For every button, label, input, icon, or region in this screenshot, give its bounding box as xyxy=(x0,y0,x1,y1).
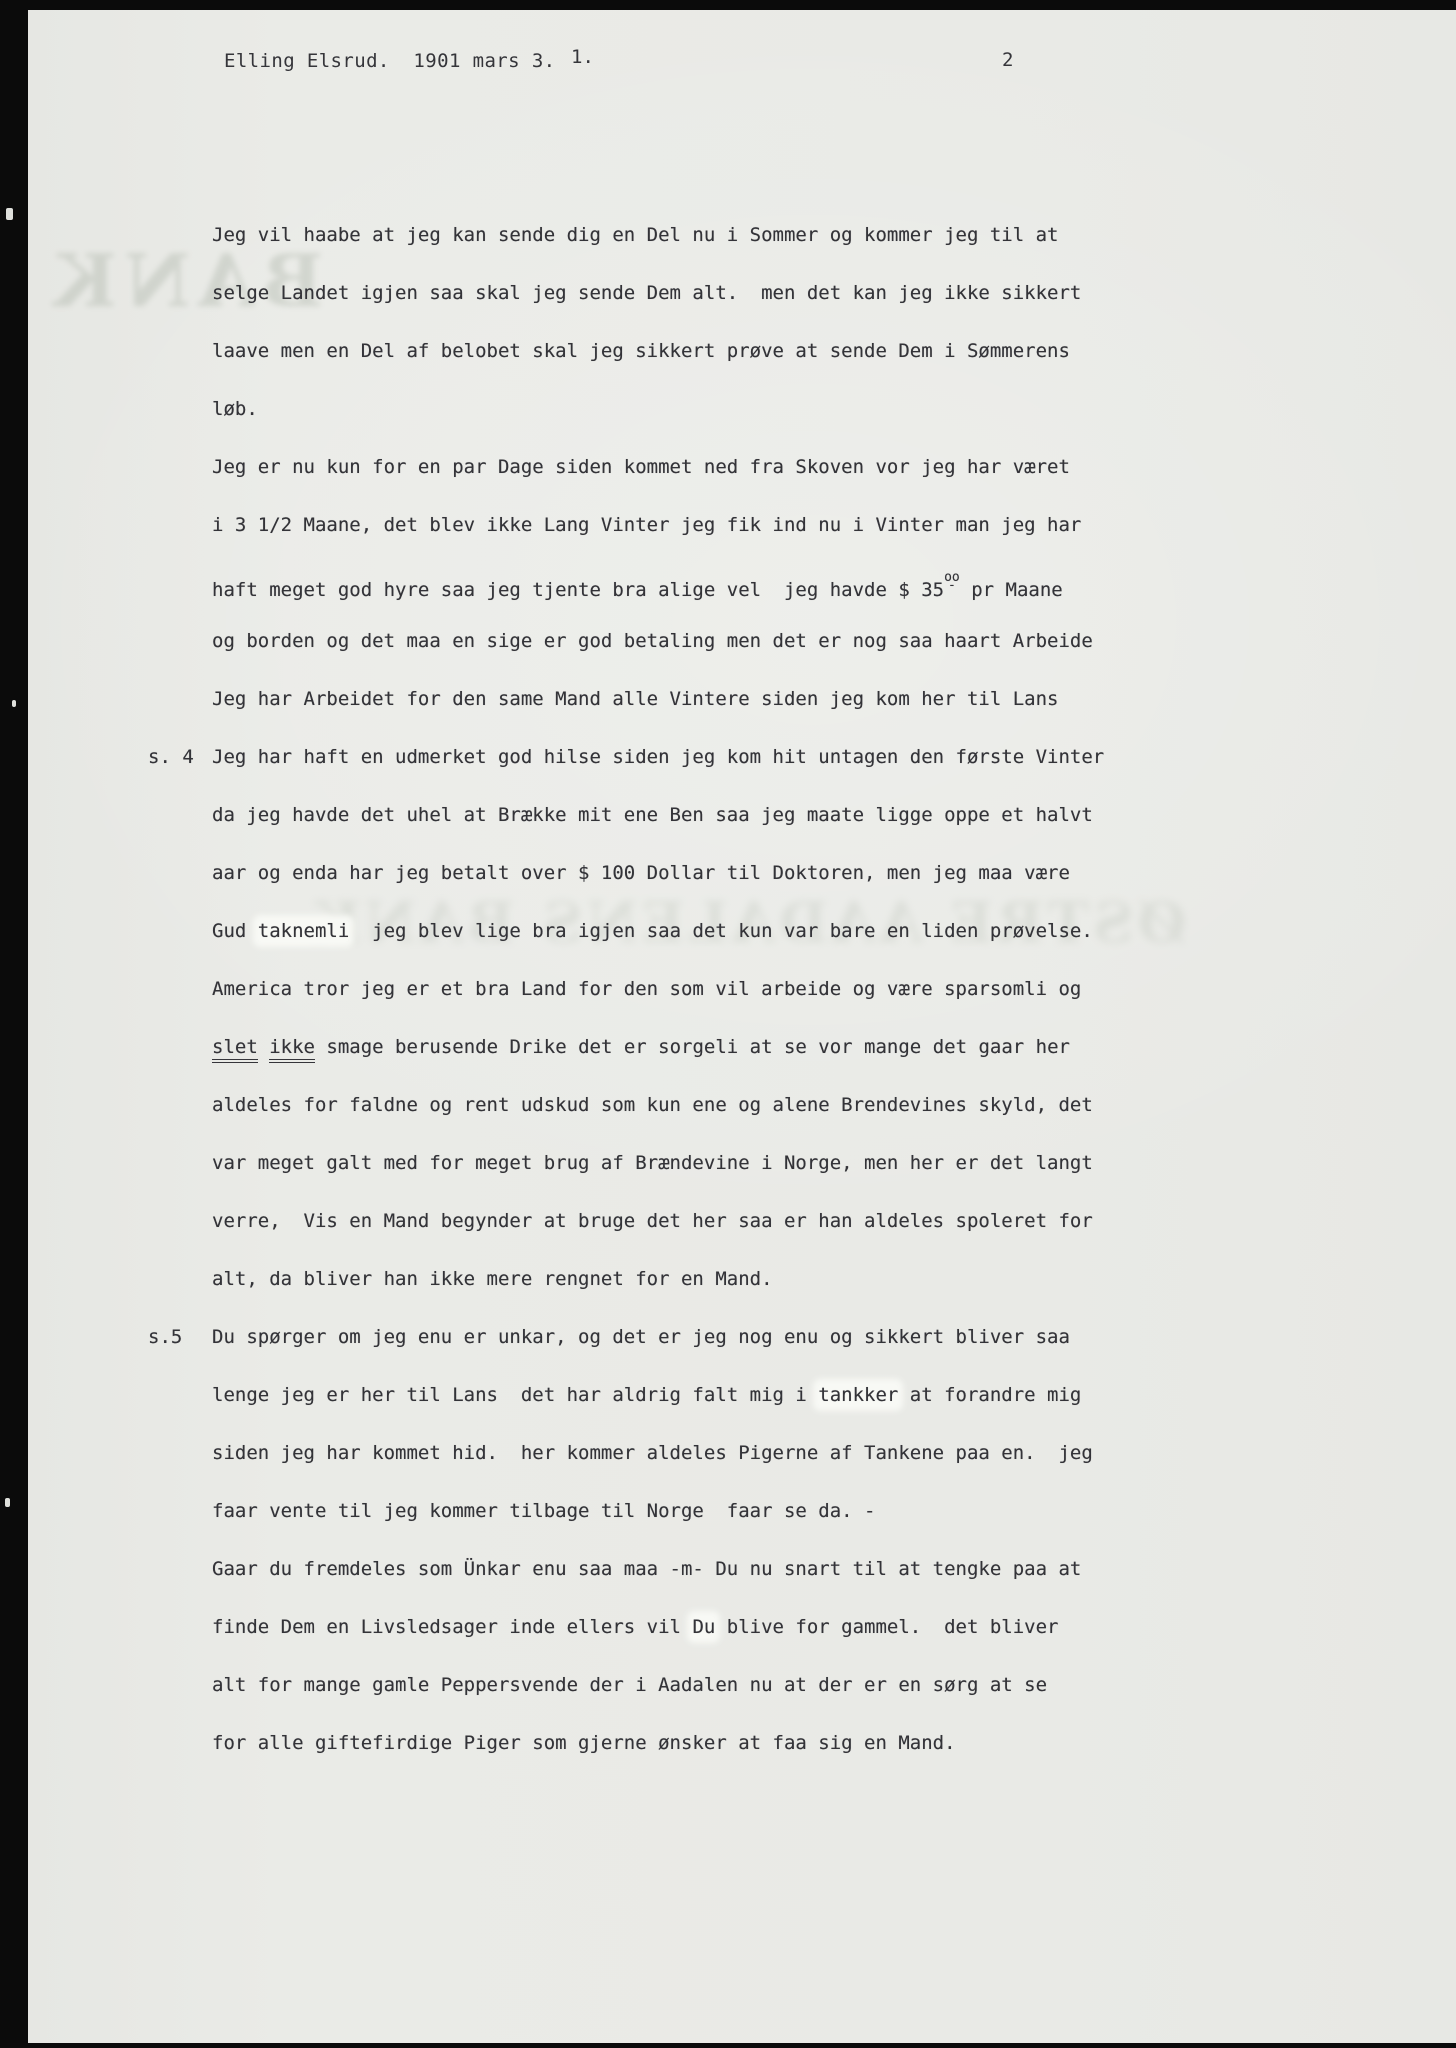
text-segment: haft meget god hyre saa jeg tjente bra a… xyxy=(212,579,944,601)
text-segment: Du xyxy=(692,1616,715,1638)
text-segment: lenge jeg er her til Lans det har aldrig… xyxy=(212,1384,818,1406)
scan-speck xyxy=(6,208,13,220)
text-line: alt, da bliver han ikke mere rengnet for… xyxy=(212,1270,1172,1328)
text-segment: blive for gammel. det bliver xyxy=(715,1616,1058,1638)
text-segment: og borden og det maa en sige er god beta… xyxy=(212,630,1093,652)
text-segment: aar og enda har jeg betalt over $ 100 Do… xyxy=(212,862,1070,884)
text-line: løb. xyxy=(212,400,1172,458)
text-segment: Gud xyxy=(212,920,258,942)
text-line: haft meget god hyre saa jeg tjente bra a… xyxy=(212,574,1172,632)
text-line: Jeg har Arbeidet for den same Mand alle … xyxy=(212,690,1172,748)
text-segment: Jeg har haft en udmerket god hilse siden… xyxy=(212,746,1104,768)
text-line: faar vente til jeg kommer tilbage til No… xyxy=(212,1502,1172,1560)
text-segment: slet xyxy=(212,1036,258,1063)
text-segment: i 3 1/2 Maane, det blev ikke Lang Vinter… xyxy=(212,514,1081,536)
scanned-letter-page: { "header": { "title": "Elling Elsrud. 1… xyxy=(0,0,1456,2048)
text-line: aldeles for faldne og rent udskud som ku… xyxy=(212,1096,1172,1154)
text-line: og borden og det maa en sige er god beta… xyxy=(212,632,1172,690)
text-segment: pr Maane xyxy=(960,579,1063,601)
text-segment: tankker xyxy=(818,1384,898,1406)
text-segment: Jeg har Arbeidet for den same Mand alle … xyxy=(212,688,1058,710)
text-segment: løb. xyxy=(212,398,258,420)
text-line: Gud taknemli jeg blev lige bra igjen saa… xyxy=(212,922,1172,980)
text-line: verre, Vis en Mand begynder at bruge det… xyxy=(212,1212,1172,1270)
text-line: for alle giftefirdige Piger som gjerne ø… xyxy=(212,1734,1172,1792)
text-line: aar og enda har jeg betalt over $ 100 Do… xyxy=(212,864,1172,922)
text-line: lenge jeg er her til Lans det har aldrig… xyxy=(212,1386,1172,1444)
text-segment: da jeg havde det uhel at Brække mit ene … xyxy=(212,804,1093,826)
page-header: Elling Elsrud. 1901 mars 3. 1. 2 xyxy=(0,46,1456,76)
text-segment: jeg blev lige bra igjen saa det kun var … xyxy=(349,920,1093,942)
text-segment: for alle giftefirdige Piger som gjerne ø… xyxy=(212,1732,956,1754)
text-segment: oo- xyxy=(944,574,960,590)
text-segment: ikke xyxy=(269,1036,315,1063)
text-segment: faar vente til jeg kommer tilbage til No… xyxy=(212,1500,875,1522)
header-title: Elling Elsrud. 1901 mars 3. xyxy=(224,50,556,72)
text-segment: laave men en Del af belobet skal jeg sik… xyxy=(212,340,1070,362)
text-line: alt for mange gamle Peppersvende der i A… xyxy=(212,1676,1172,1734)
text-segment: America tror jeg er et bra Land for den … xyxy=(212,978,1081,1000)
text-line: s.5Du spørger om jeg enu er unkar, og de… xyxy=(212,1328,1172,1386)
text-line: slet ikke smage berusende Drike det er s… xyxy=(212,1038,1172,1096)
text-line: Jeg er nu kun for en par Dage siden komm… xyxy=(212,458,1172,516)
scan-speck xyxy=(5,1498,10,1507)
text-segment: siden jeg har kommet hid. her kommer ald… xyxy=(212,1442,1093,1464)
text-line: Gaar du fremdeles som Ünkar enu saa maa … xyxy=(212,1560,1172,1618)
text-segment: finde Dem en Livsledsager inde ellers vi… xyxy=(212,1616,692,1638)
text-line: da jeg havde det uhel at Brække mit ene … xyxy=(212,806,1172,864)
text-line: siden jeg har kommet hid. her kommer ald… xyxy=(212,1444,1172,1502)
text-segment: Du spørger om jeg enu er unkar, og det e… xyxy=(212,1326,1070,1348)
text-segment: taknemli xyxy=(258,920,350,942)
letter-body: Jeg vil haabe at jeg kan sende dig en De… xyxy=(212,226,1172,1792)
text-segment: smage berusende Drike det er sorgeli at … xyxy=(315,1036,1070,1058)
header-sheet-mark: 1. xyxy=(571,46,594,68)
text-segment: alt, da bliver han ikke mere rengnet for… xyxy=(212,1268,773,1290)
text-line: laave men en Del af belobet skal jeg sik… xyxy=(212,342,1172,400)
text-segment: Jeg er nu kun for en par Dage siden komm… xyxy=(212,456,1070,478)
page-number: 2 xyxy=(1002,49,1013,71)
text-line: Jeg vil haabe at jeg kan sende dig en De… xyxy=(212,226,1172,284)
text-segment: alt for mange gamle Peppersvende der i A… xyxy=(212,1674,1047,1696)
text-segment: verre, Vis en Mand begynder at bruge det… xyxy=(212,1210,1093,1232)
text-line: selge Landet igjen saa skal jeg sende De… xyxy=(212,284,1172,342)
text-segment xyxy=(258,1036,269,1058)
text-segment: at forandre mig xyxy=(898,1384,1081,1406)
margin-page-ref: s. 4 xyxy=(148,748,194,767)
text-line: s. 4Jeg har haft en udmerket god hilse s… xyxy=(212,748,1172,806)
scan-speck xyxy=(12,700,16,707)
margin-page-ref: s.5 xyxy=(148,1328,182,1347)
text-segment: var meget galt med for meget brug af Bræ… xyxy=(212,1152,1093,1174)
text-line: finde Dem en Livsledsager inde ellers vi… xyxy=(212,1618,1172,1676)
text-line: var meget galt med for meget brug af Bræ… xyxy=(212,1154,1172,1212)
text-line: i 3 1/2 Maane, det blev ikke Lang Vinter… xyxy=(212,516,1172,574)
text-segment: Jeg vil haabe at jeg kan sende dig en De… xyxy=(212,224,1058,246)
text-segment: aldeles for faldne og rent udskud som ku… xyxy=(212,1094,1093,1116)
text-segment: Gaar du fremdeles som Ünkar enu saa maa … xyxy=(212,1558,1081,1580)
text-segment: selge Landet igjen saa skal jeg sende De… xyxy=(212,282,1081,304)
text-line: America tror jeg er et bra Land for den … xyxy=(212,980,1172,1038)
